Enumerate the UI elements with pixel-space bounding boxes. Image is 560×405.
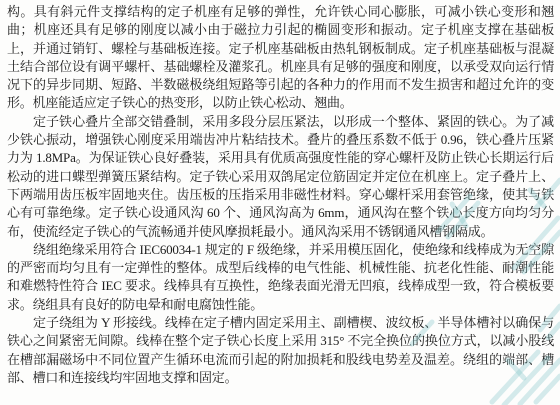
paragraph-stator-frame: 构。具有斜元件支撑结构的定子机座有足够的弹性，允许铁心同心膨胀，可减小铁心变形和…: [7, 3, 554, 113]
paragraph-winding-insulation: 绕组绝缘采用符合 IEC60034-1 规定的 F 级绝缘，并采用模压固化，使绝…: [7, 241, 554, 314]
document-page: 构。具有斜元件支撑结构的定子机座有足够的弹性，允许铁心同心膨胀，可减小铁心变形和…: [0, 0, 560, 405]
paragraph-stator-core: 定子铁心叠片全部交错叠制，采用多段分层压紧法，以形成一个整体、紧固的铁心。为了减…: [7, 113, 554, 241]
paragraph-stator-winding-connection: 定子绕组为 Y 形接线。线棒在定子槽内固定采用主、副槽楔、波纹板、半导体槽衬以确…: [7, 314, 554, 387]
